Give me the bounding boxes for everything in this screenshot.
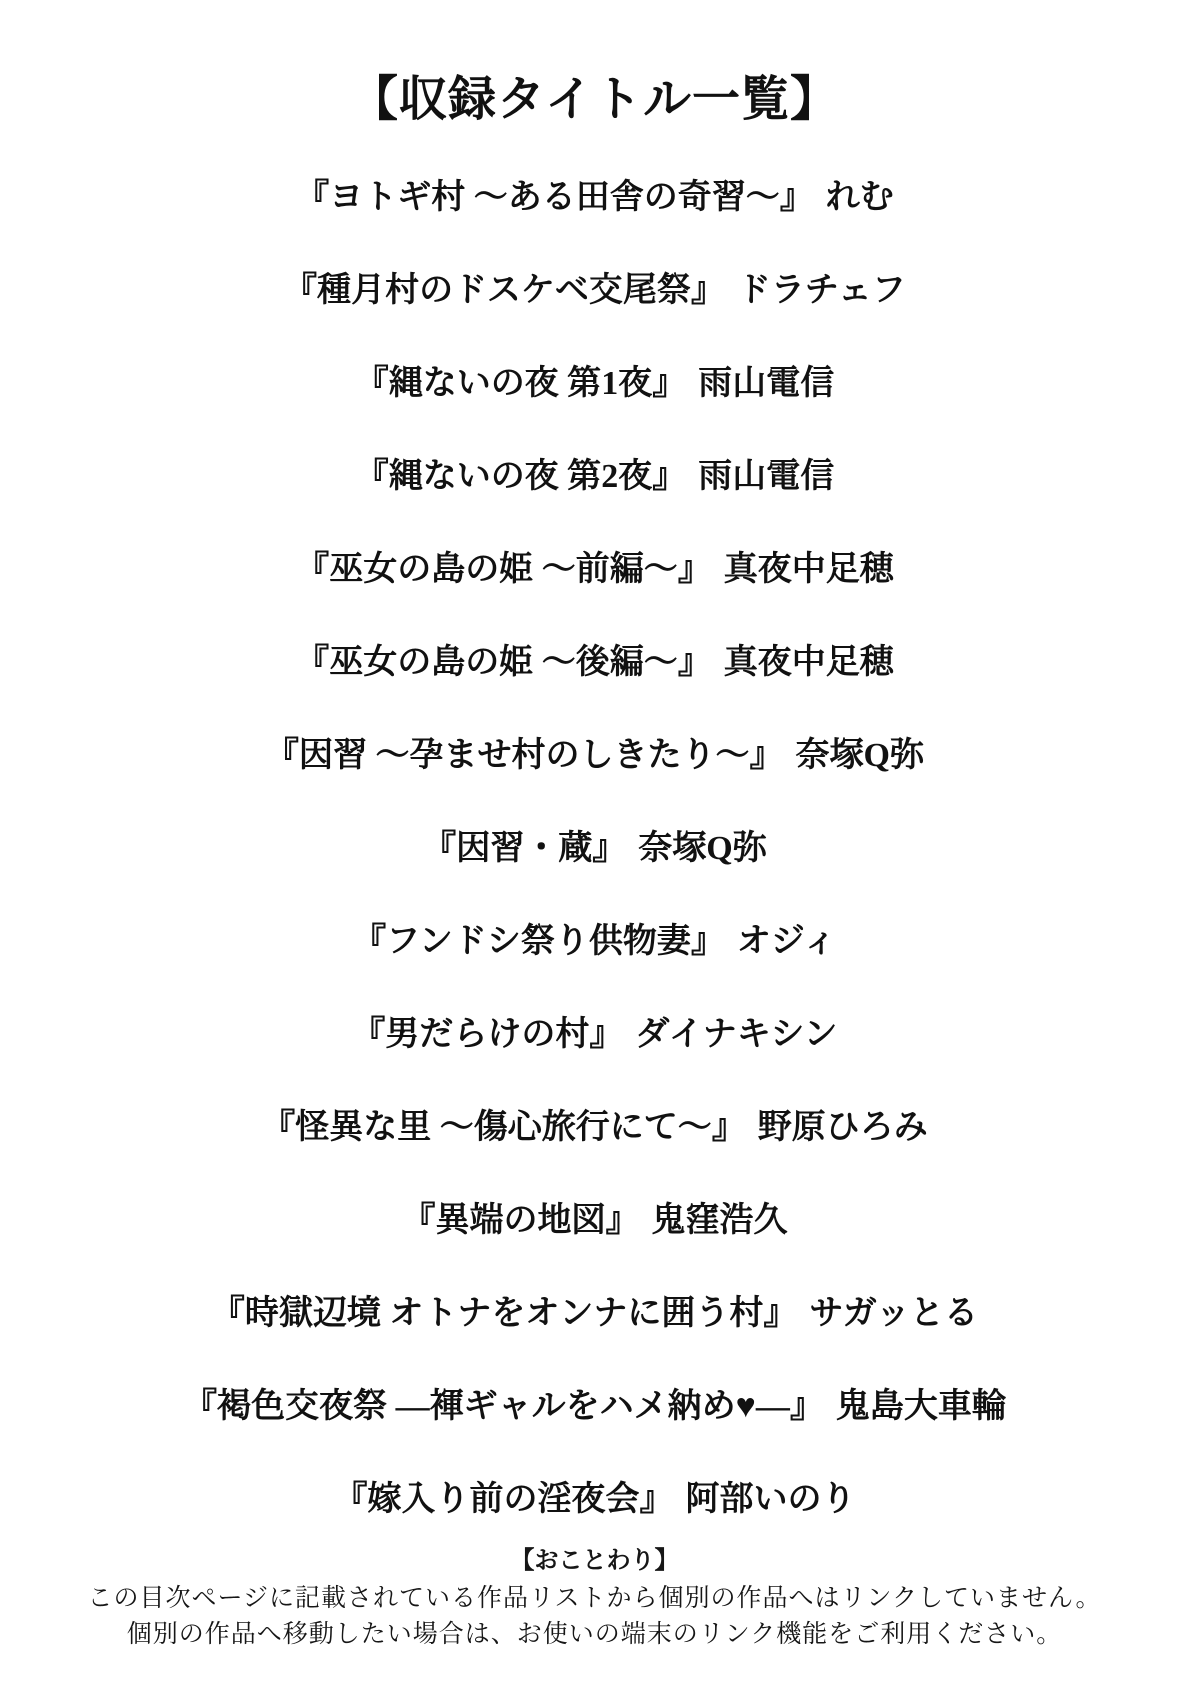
toc-entry-author: 奈塚Q弥 <box>638 820 766 869</box>
toc-entry-title: 『男だらけの村』 <box>351 1006 623 1055</box>
toc-entry-title: 『異端の地図』 <box>402 1192 640 1241</box>
toc-entry-author: 鬼島大車輪 <box>836 1378 1006 1427</box>
toc-entry-title: 『巫女の島の姫 ～後編～』 <box>295 634 712 683</box>
toc-list: 『ヨトギ村 ～ある田舎の奇習～』 れむ 『種月村のドスケベ交尾祭』 ドラチェフ … <box>0 147 1189 1542</box>
toc-entry-title: 『嫁入り前の淫夜会』 <box>334 1471 674 1520</box>
toc-entry-author: サガッとる <box>809 1285 978 1334</box>
disclaimer-heading: 【おことわり】 <box>0 1542 1189 1580</box>
toc-entry-author: れむ <box>826 169 894 218</box>
toc-entry: 『巫女の島の姫 ～前編～』 真夜中足穂 <box>0 519 1189 612</box>
toc-entry-author: ドラチェフ <box>737 262 906 311</box>
toc-entry-title: 『怪異な里 ～傷心旅行にて～』 <box>261 1099 746 1148</box>
toc-entry: 『因習 ～孕ませ村のしきたり～』 奈塚Q弥 <box>0 705 1189 798</box>
toc-entry: 『嫁入り前の淫夜会』 阿部いのり <box>0 1449 1189 1542</box>
toc-entry: 『怪異な里 ～傷心旅行にて～』 野原ひろみ <box>0 1077 1189 1170</box>
toc-entry: 『因習・蔵』 奈塚Q弥 <box>0 798 1189 891</box>
toc-entry-title: 『種月村のドスケベ交尾祭』 <box>283 262 725 311</box>
toc-entry-title: 『褐色交夜祭 ―褌ギャルをハメ納め♥―』 <box>183 1378 824 1427</box>
toc-entry-title: 『巫女の島の姫 ～前編～』 <box>295 541 712 590</box>
toc-entry: 『種月村のドスケベ交尾祭』 ドラチェフ <box>0 240 1189 333</box>
toc-entry: 『縄ないの夜 第1夜』 雨山電信 <box>0 333 1189 426</box>
toc-entry-author: 奈塚Q弥 <box>796 727 924 776</box>
toc-entry: 『巫女の島の姫 ～後編～』 真夜中足穂 <box>0 612 1189 705</box>
toc-entry-title: 『縄ないの夜 第1夜』 <box>355 355 687 404</box>
disclaimer-line-1: この目次ページに記載されている作品リストから個別の作品へはリンクしていません。 <box>0 1580 1189 1616</box>
toc-entry-title: 『縄ないの夜 第2夜』 <box>355 448 687 497</box>
toc-entry-title: 『時獄辺境 オトナをオンナに囲う村』 <box>211 1285 798 1334</box>
toc-entry: 『男だらけの村』 ダイナキシン <box>0 984 1189 1077</box>
toc-entry-author: 真夜中足穂 <box>724 634 894 683</box>
toc-entry-title: 『因習 ～孕ませ村のしきたり～』 <box>265 727 784 776</box>
toc-entry: 『褐色交夜祭 ―褌ギャルをハメ納め♥―』 鬼島大車輪 <box>0 1356 1189 1449</box>
disclaimer-line-2: 個別の作品へ移動したい場合は、お使いの端末のリンク機能をご利用ください。 <box>0 1616 1189 1652</box>
toc-entry: 『フンドシ祭り供物妻』 オジィ <box>0 891 1189 984</box>
toc-entry-author: 野原ひろみ <box>758 1099 928 1148</box>
toc-entry-title: 『フンドシ祭り供物妻』 <box>352 913 725 962</box>
toc-entry-author: 真夜中足穂 <box>724 541 894 590</box>
toc-entry-author: ダイナキシン <box>635 1006 837 1055</box>
toc-entry-title: 『因習・蔵』 <box>422 820 626 869</box>
toc-entry: 『縄ないの夜 第2夜』 雨山電信 <box>0 426 1189 519</box>
toc-entry: 『時獄辺境 オトナをオンナに囲う村』 サガッとる <box>0 1263 1189 1356</box>
toc-entry-title: 『ヨトギ村 ～ある田舎の奇習～』 <box>295 169 814 218</box>
toc-page: 【収録タイトル一覧】 『ヨトギ村 ～ある田舎の奇習～』 れむ 『種月村のドスケベ… <box>0 0 1189 1687</box>
toc-entry-author: 雨山電信 <box>698 448 834 497</box>
toc-entry-author: 阿部いのり <box>686 1471 856 1520</box>
toc-entry: 『異端の地図』 鬼窪浩久 <box>0 1170 1189 1263</box>
toc-entry-author: 雨山電信 <box>698 355 834 404</box>
page-title: 【収録タイトル一覧】 <box>0 0 1189 124</box>
toc-entry-author: 鬼窪浩久 <box>652 1192 788 1241</box>
toc-entry-author: オジィ <box>737 913 837 962</box>
disclaimer: 【おことわり】 この目次ページに記載されている作品リストから個別の作品へはリンク… <box>0 1542 1189 1652</box>
toc-entry: 『ヨトギ村 ～ある田舎の奇習～』 れむ <box>0 147 1189 240</box>
